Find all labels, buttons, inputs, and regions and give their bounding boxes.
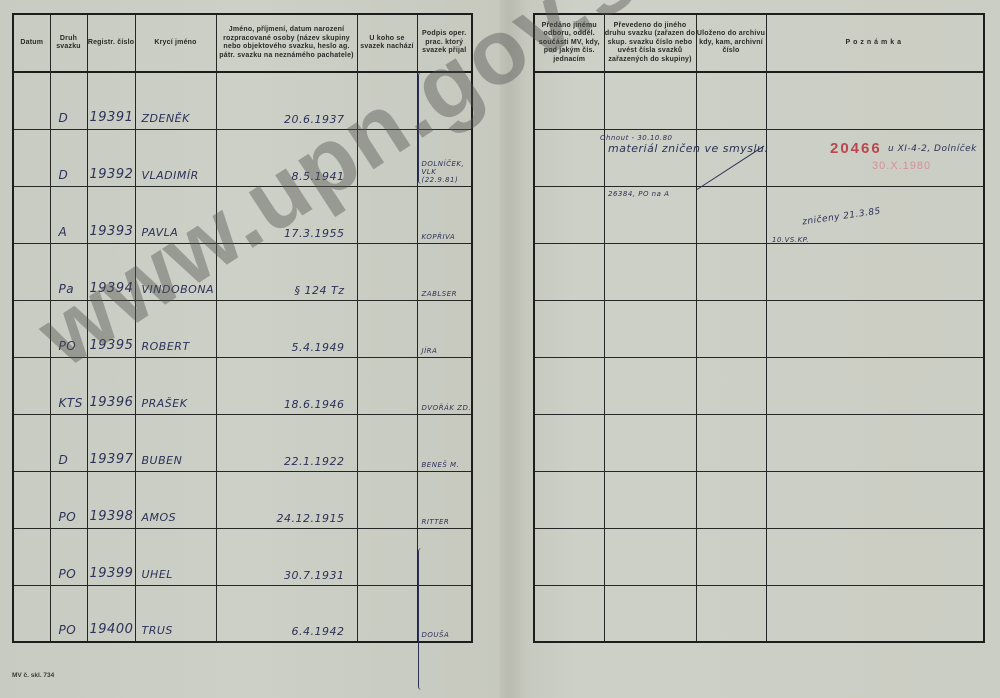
birth-date: § 124 Tz (295, 284, 345, 297)
header-cover-name: Krycí jméno (135, 14, 216, 72)
header-file-type: Druh svazku (50, 14, 87, 72)
header-handed-over: Předáno jinému odboru, odděl. součásti M… (534, 14, 604, 72)
destroyed-note-dept: 10.VS.KP. (772, 236, 809, 244)
registry-row: "PO19400TRUSIng. TRUSIKOVÁEva6.4.1942XI-… (13, 585, 472, 642)
header-officer-signature: Podpis oper. prac. ktorý svazek přijal (417, 14, 472, 72)
header-converted: Převedeno do jiného druhu svazku (zařaze… (604, 14, 696, 72)
cover-name: PAVLA (142, 226, 179, 239)
file-type: D (59, 111, 69, 125)
registry-row: 24.3. 1980PO19398AMOSCHLÁDECKÝIvan24.12.… (13, 471, 472, 528)
signature-brace (418, 548, 425, 690)
cover-name: UHEL (142, 568, 173, 581)
registration-number: 19394 (90, 281, 134, 296)
file-type: A (59, 225, 68, 239)
registry-row: 21.3. 1980D19391ZDENĚKPROCHÁZKAZdeněk20.… (13, 72, 472, 129)
officer-name: Dvořák Zd. (422, 404, 473, 412)
archive-row: 12.11.1980659138 MV (534, 414, 984, 471)
archive-row (534, 72, 984, 129)
header-note: Poznámka (766, 14, 984, 72)
birth-date: 22.1.1922 (284, 455, 344, 468)
header-archived: Uloženo do archivu kdy, kam, archivní čí… (696, 14, 766, 72)
signature-brace (418, 72, 425, 184)
birth-date: 5.4.1949 (292, 341, 345, 354)
destruction-note-header: Ohnout - 30.10.80 (600, 134, 673, 142)
destruction-note-location: u XI-4-2, Dolníček (888, 144, 977, 154)
cover-name: VINDOBONA (142, 283, 215, 296)
destruction-stamp-date: 30.X.1980 (872, 160, 931, 172)
officer-name: RITTER (422, 518, 473, 526)
header-row: Datum Druh svazku Registr. číslo Krycí j… (13, 14, 472, 72)
file-type: Pa (59, 282, 75, 296)
officer-name: ZABLSER (422, 290, 473, 298)
birth-date: 30.7.1931 (284, 569, 344, 582)
header-file-location: U koho se svazek nachází (357, 14, 417, 72)
file-type: PO (59, 623, 77, 637)
birth-date: 8.5.1941 (292, 170, 345, 183)
registry-row: "PO19399UHELIng. BENOJosef30.7.1931XI-1-… (13, 528, 472, 585)
birth-date: 20.6.1937 (284, 113, 344, 126)
file-type: D (59, 168, 69, 182)
registration-number: 19400 (90, 622, 134, 637)
birth-date: 17.3.1955 (284, 227, 344, 240)
officer-name: JÍRA (422, 347, 473, 355)
registration-number: 19395 (90, 338, 134, 353)
officer-name: BENEŠ M. (422, 461, 473, 469)
cover-name: ZDENĚK (142, 112, 190, 125)
registry-row: "KTS19396PRAŠEKNEJEDLÍKJiří18.6.1946I-2-… (13, 357, 472, 414)
cover-name: TRUS (142, 624, 173, 637)
registry-table-right: Předáno jinému odboru, odděl. součásti M… (533, 13, 985, 643)
header-person-details: Jméno, příjmení, datum narození rozpraco… (216, 14, 357, 72)
archive-row: 11.11.1985778820 MV (534, 243, 984, 300)
form-code: MV č. skl. 734 (12, 672, 54, 679)
cover-name: VLADIMÍR (142, 169, 199, 182)
archive-row: 5.8.1983734164 (534, 471, 984, 528)
birth-date: 6.4.1942 (292, 625, 345, 638)
registration-number: 19391 (90, 110, 134, 125)
archive-row: 21.3.85754968 (534, 186, 984, 243)
archive-row: 22.9.87818375 (534, 585, 984, 642)
registry-row: 22.3. 1980Pa19394VINDOBONA§ 124 TzXI-4-1… (13, 243, 472, 300)
cover-name: ROBERT (142, 340, 190, 353)
registration-number: 19398 (90, 509, 134, 524)
birth-date: 24.12.1915 (277, 512, 345, 525)
registry-row: "D19392VLADIMÍRMÜLLERVladimír8.5.1941XI-… (13, 129, 472, 186)
conversion-note: 26384, PO na A (608, 190, 669, 198)
officer-name: KOPŘIVA (422, 233, 473, 241)
registry-row: "D19397BUBENHÁJEKKarel22.1.1922I-2-2BENE… (13, 414, 472, 471)
registration-number: 19399 (90, 566, 134, 581)
registration-number: 19393 (90, 224, 134, 239)
header-row: Předáno jinému odboru, odděl. součásti M… (534, 14, 984, 72)
cover-name: PRAŠEK (142, 397, 188, 410)
book-spine (497, 0, 527, 698)
file-type: KTS (59, 396, 83, 410)
archive-row: 14.9.84851263 (534, 528, 984, 585)
registry-row: "A19393PAVLAPŘIBYLOVÁVěra17.3.1955I-4-2K… (13, 186, 472, 243)
destruction-note: materiál zničen ve smyslu: (608, 142, 769, 155)
officer-name: DOUŠA (422, 631, 473, 639)
file-type: PO (59, 339, 77, 353)
registry-table-left: Datum Druh svazku Registr. číslo Krycí j… (12, 13, 473, 643)
file-type: D (59, 453, 69, 467)
cover-name: AMOS (142, 511, 177, 524)
registry-row: "PO19395ROBERTFARKACHMohamed5.4.1949I-5-… (13, 300, 472, 357)
file-type: PO (59, 567, 77, 581)
header-date: Datum (13, 14, 50, 72)
officer-name: DOLNÍČEK, VLK (22.9.81) (422, 160, 473, 184)
registration-number: 19397 (90, 452, 134, 467)
archive-row: 10.6.1981720445 (534, 357, 984, 414)
birth-date: 18.6.1946 (284, 398, 344, 411)
archive-row: 4.2.1982709197 MV (534, 300, 984, 357)
header-registration-number: Registr. číslo (87, 14, 135, 72)
registration-number: 19396 (90, 395, 134, 410)
file-type: PO (59, 510, 77, 524)
cover-name: BUBEN (142, 454, 183, 467)
destruction-stamp-number: 20466 (830, 140, 882, 157)
registration-number: 19392 (90, 167, 134, 182)
